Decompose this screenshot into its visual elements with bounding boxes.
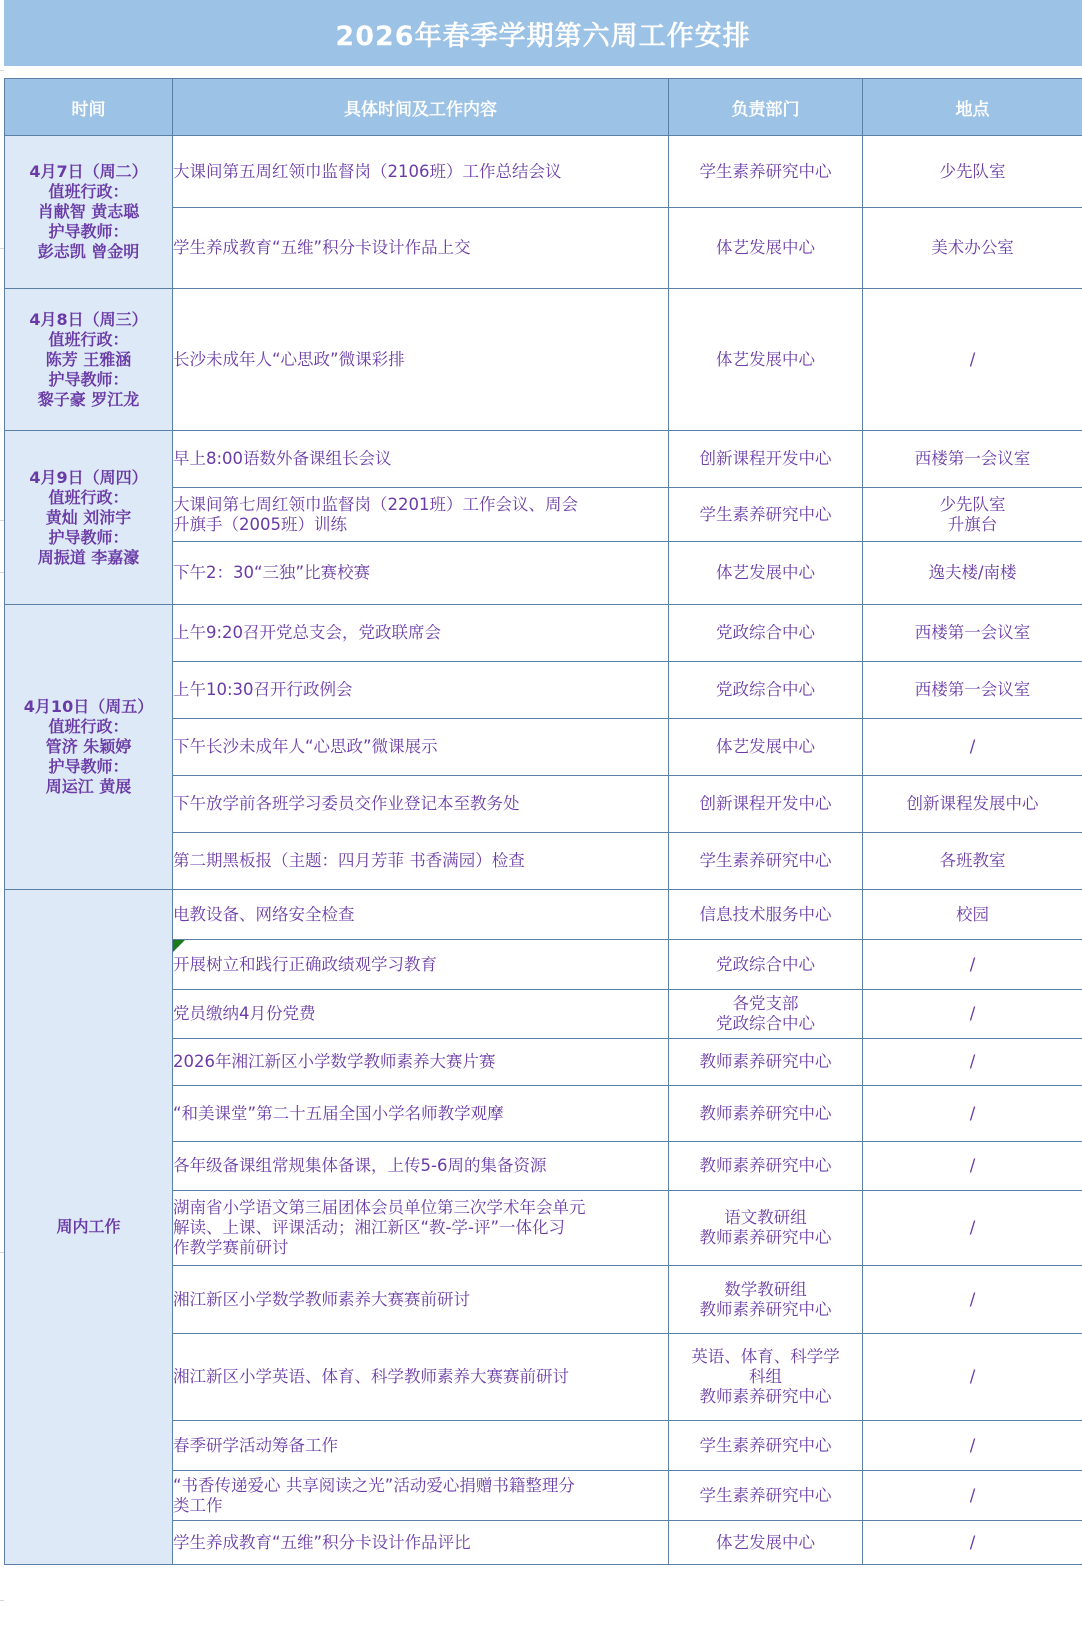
content-cell[interactable]: 下午放学前各班学习委员交作业登记本至教务处 bbox=[173, 776, 669, 833]
day-cell[interactable]: 4月8日（周三）值班行政：陈芳 王雅涵护导教师：黎子豪 罗江龙 bbox=[5, 289, 173, 431]
place-cell[interactable]: 校园 bbox=[863, 890, 1082, 940]
content-cell-text: 上午9:20召开党总支会，党政联席会 bbox=[173, 623, 668, 643]
dept-cell[interactable]: 体艺发展中心 bbox=[669, 1521, 863, 1565]
place-cell[interactable]: / bbox=[863, 940, 1082, 990]
dept-cell[interactable]: 学生素养研究中心 bbox=[669, 833, 863, 890]
dept-cell[interactable]: 学生素养研究中心 bbox=[669, 1421, 863, 1471]
dept-cell-text: 学生素养研究中心 bbox=[669, 851, 862, 871]
content-cell-text: 早上8:00语数外备课组长会议 bbox=[173, 449, 668, 469]
place-cell[interactable]: 创新课程发展中心 bbox=[863, 776, 1082, 833]
content-cell-text: 第二期黑板报（主题：四月芳菲 书香满园）检查 bbox=[173, 851, 668, 871]
dept-cell[interactable]: 学生素养研究中心 bbox=[669, 1471, 863, 1521]
place-cell[interactable]: 少先队室升旗台 bbox=[863, 488, 1082, 542]
place-cell-text: / bbox=[863, 737, 1082, 757]
dept-cell-text: 学生素养研究中心 bbox=[669, 162, 862, 182]
content-cell-text: 作教学赛前研讨 bbox=[173, 1238, 668, 1258]
place-cell-text: 升旗台 bbox=[863, 515, 1082, 535]
content-cell[interactable]: 大课间第七周红领巾监督岗（2201班）工作会议、周会升旗手（2005班）训练 bbox=[173, 488, 669, 542]
place-cell[interactable]: / bbox=[863, 1471, 1082, 1521]
place-cell-text: 西楼第一会议室 bbox=[863, 623, 1082, 643]
table-row: 4月9日（周四）值班行政：黄灿 刘沛宇护导教师：周振道 李嘉濠早上8:00语数外… bbox=[5, 431, 1082, 488]
place-cell-text: / bbox=[863, 1052, 1082, 1072]
day-duty: 肖献智 黄志聪 bbox=[5, 202, 172, 222]
place-cell-text: 美术办公室 bbox=[863, 238, 1082, 258]
place-cell[interactable]: 西楼第一会议室 bbox=[863, 662, 1082, 719]
content-cell[interactable]: 大课间第五周红领巾监督岗（2106班）工作总结会议 bbox=[173, 136, 669, 208]
content-cell-text: 电教设备、网络安全检查 bbox=[173, 905, 668, 925]
dept-cell[interactable]: 党政综合中心 bbox=[669, 662, 863, 719]
place-cell[interactable]: / bbox=[863, 1521, 1082, 1565]
day-cell[interactable]: 4月9日（周四）值班行政：黄灿 刘沛宇护导教师：周振道 李嘉濠 bbox=[5, 431, 173, 605]
place-cell-text: / bbox=[863, 1436, 1082, 1456]
content-cell[interactable]: 下午2：30“三独”比赛校赛 bbox=[173, 542, 669, 605]
table-row: 周内工作电教设备、网络安全检查信息技术服务中心校园 bbox=[5, 890, 1082, 940]
day-cell[interactable]: 4月7日（周二）值班行政：肖献智 黄志聪护导教师：彭志凯 曾金明 bbox=[5, 136, 173, 289]
dept-cell[interactable]: 各党支部党政综合中心 bbox=[669, 990, 863, 1039]
content-cell[interactable]: 开展树立和践行正确政绩观学习教育 bbox=[173, 940, 669, 990]
dept-cell-text: 数学教研组 bbox=[669, 1280, 862, 1300]
header-time: 时间 bbox=[5, 79, 173, 136]
content-cell[interactable]: 长沙未成年人“心思政”微课彩排 bbox=[173, 289, 669, 431]
content-cell[interactable]: 学生养成教育“五维”积分卡设计作品评比 bbox=[173, 1521, 669, 1565]
content-cell[interactable]: 湘江新区小学英语、体育、科学教师素养大赛赛前研讨 bbox=[173, 1334, 669, 1421]
dept-cell[interactable]: 体艺发展中心 bbox=[669, 208, 863, 289]
content-cell-text: 大课间第七周红领巾监督岗（2201班）工作会议、周会 bbox=[173, 495, 668, 515]
day-date: 4月8日（周三） bbox=[5, 310, 172, 330]
day-date: 4月9日（周四） bbox=[5, 468, 172, 488]
dept-cell-text: 各党支部 bbox=[669, 994, 862, 1014]
weekly-label-cell[interactable]: 周内工作 bbox=[5, 890, 173, 1565]
place-cell-text: 创新课程发展中心 bbox=[863, 794, 1082, 814]
place-cell[interactable]: / bbox=[863, 1039, 1082, 1086]
sheet-gridline bbox=[0, 70, 4, 71]
content-cell-text: “和美课堂”第二十五届全国小学名师教学观摩 bbox=[173, 1104, 668, 1124]
content-cell-text: 春季研学活动筹备工作 bbox=[173, 1436, 668, 1456]
dept-cell-text: 创新课程开发中心 bbox=[669, 794, 862, 814]
dept-cell[interactable]: 创新课程开发中心 bbox=[669, 776, 863, 833]
content-cell[interactable]: 上午9:20召开党总支会，党政联席会 bbox=[173, 605, 669, 662]
place-cell[interactable]: / bbox=[863, 289, 1082, 431]
place-cell[interactable]: / bbox=[863, 1334, 1082, 1421]
page-title: 2026年春季学期第六周工作安排 bbox=[4, 0, 1082, 66]
dept-cell-text: 教师素养研究中心 bbox=[669, 1228, 862, 1248]
content-cell-text: 学生养成教育“五维”积分卡设计作品上交 bbox=[173, 238, 668, 258]
dept-cell[interactable]: 党政综合中心 bbox=[669, 605, 863, 662]
day-date: 4月10日（周五） bbox=[5, 697, 172, 717]
content-cell[interactable]: 上午10:30召开行政例会 bbox=[173, 662, 669, 719]
place-cell-text: / bbox=[863, 1486, 1082, 1506]
dept-cell-text: 语文教研组 bbox=[669, 1208, 862, 1228]
dept-cell[interactable]: 英语、体育、科学学科组教师素养研究中心 bbox=[669, 1334, 863, 1421]
day-duty-label: 值班行政： bbox=[5, 182, 172, 202]
place-cell-text: / bbox=[863, 1367, 1082, 1387]
table-row: 4月7日（周二）值班行政：肖献智 黄志聪护导教师：彭志凯 曾金明大课间第五周红领… bbox=[5, 136, 1082, 208]
dept-cell[interactable]: 党政综合中心 bbox=[669, 940, 863, 990]
day-duty: 黄灿 刘沛宇 bbox=[5, 508, 172, 528]
dept-cell[interactable]: 教师素养研究中心 bbox=[669, 1086, 863, 1142]
place-cell[interactable]: / bbox=[863, 1266, 1082, 1334]
place-cell-text: / bbox=[863, 1156, 1082, 1176]
dept-cell[interactable]: 体艺发展中心 bbox=[669, 542, 863, 605]
schedule-body: 4月7日（周二）值班行政：肖献智 黄志聪护导教师：彭志凯 曾金明大课间第五周红领… bbox=[5, 136, 1082, 1565]
dept-cell[interactable]: 数学教研组教师素养研究中心 bbox=[669, 1266, 863, 1334]
place-cell-text: 西楼第一会议室 bbox=[863, 680, 1082, 700]
day-tutors: 周运江 黄展 bbox=[5, 777, 172, 797]
content-cell-text: 学生养成教育“五维”积分卡设计作品评比 bbox=[173, 1533, 668, 1553]
place-cell[interactable]: 逸夫楼/南楼 bbox=[863, 542, 1082, 605]
content-cell[interactable]: 春季研学活动筹备工作 bbox=[173, 1421, 669, 1471]
place-cell[interactable]: 西楼第一会议室 bbox=[863, 605, 1082, 662]
place-cell[interactable]: / bbox=[863, 990, 1082, 1039]
content-cell-text: 长沙未成年人“心思政”微课彩排 bbox=[173, 350, 668, 370]
dept-cell[interactable]: 创新课程开发中心 bbox=[669, 431, 863, 488]
content-cell[interactable]: 2026年湘江新区小学数学教师素养大赛片赛 bbox=[173, 1039, 669, 1086]
content-cell-text: 开展树立和践行正确政绩观学习教育 bbox=[173, 955, 668, 975]
dept-cell-text: 体艺发展中心 bbox=[669, 737, 862, 757]
table-row: 4月8日（周三）值班行政：陈芳 王雅涵护导教师：黎子豪 罗江龙长沙未成年人“心思… bbox=[5, 289, 1082, 431]
place-cell[interactable]: / bbox=[863, 1086, 1082, 1142]
dept-cell-text: 体艺发展中心 bbox=[669, 1533, 862, 1553]
day-duty-label: 值班行政： bbox=[5, 330, 172, 350]
dept-cell-text: 科组 bbox=[669, 1367, 862, 1387]
dept-cell-text: 党政综合中心 bbox=[669, 955, 862, 975]
content-cell[interactable]: 湖南省小学语文第三届团体会员单位第三次学术年会单元解读、上课、评课活动；湘江新区… bbox=[173, 1191, 669, 1266]
dept-cell[interactable]: 学生素养研究中心 bbox=[669, 136, 863, 208]
content-cell-text: 湘江新区小学数学教师素养大赛赛前研讨 bbox=[173, 1290, 668, 1310]
place-cell-text: / bbox=[863, 1533, 1082, 1553]
content-cell-text: 类工作 bbox=[173, 1496, 668, 1516]
place-cell-text: / bbox=[863, 350, 1082, 370]
dept-cell[interactable]: 体艺发展中心 bbox=[669, 719, 863, 776]
place-cell[interactable]: 美术办公室 bbox=[863, 208, 1082, 289]
content-cell[interactable]: 湘江新区小学数学教师素养大赛赛前研讨 bbox=[173, 1266, 669, 1334]
content-cell[interactable]: 早上8:00语数外备课组长会议 bbox=[173, 431, 669, 488]
content-cell-text: 各年级备课组常规集体备课，上传5-6周的集备资源 bbox=[173, 1156, 668, 1176]
place-cell[interactable]: 少先队室 bbox=[863, 136, 1082, 208]
content-cell-text: 升旗手（2005班）训练 bbox=[173, 515, 668, 535]
dept-cell-text: 教师素养研究中心 bbox=[669, 1052, 862, 1072]
place-cell[interactable]: / bbox=[863, 1142, 1082, 1191]
place-cell-text: 少先队室 bbox=[863, 162, 1082, 182]
content-cell-text: 党员缴纳4月份党费 bbox=[173, 1004, 668, 1024]
dept-cell-text: 创新课程开发中心 bbox=[669, 449, 862, 469]
content-cell[interactable]: “书香传递爱心 共享阅读之光”活动爱心捐赠书籍整理分类工作 bbox=[173, 1471, 669, 1521]
place-cell-text: / bbox=[863, 1218, 1082, 1238]
day-tutor-label: 护导教师： bbox=[5, 370, 172, 390]
dept-cell[interactable]: 信息技术服务中心 bbox=[669, 890, 863, 940]
dept-cell-text: 党政综合中心 bbox=[669, 1014, 862, 1034]
place-cell[interactable]: 各班教室 bbox=[863, 833, 1082, 890]
schedule-table: 时间 具体时间及工作内容 负责部门 地点 4月7日（周二）值班行政：肖献智 黄志… bbox=[4, 78, 1082, 1565]
header-dept: 负责部门 bbox=[669, 79, 863, 136]
comment-indicator-icon[interactable] bbox=[173, 940, 185, 952]
place-cell-text: / bbox=[863, 1004, 1082, 1024]
table-header-row: 时间 具体时间及工作内容 负责部门 地点 bbox=[5, 79, 1082, 136]
dept-cell-text: 教师素养研究中心 bbox=[669, 1104, 862, 1124]
dept-cell[interactable]: 教师素养研究中心 bbox=[669, 1039, 863, 1086]
content-cell-text: 2026年湘江新区小学数学教师素养大赛片赛 bbox=[173, 1052, 668, 1072]
day-tutor-label: 护导教师： bbox=[5, 222, 172, 242]
content-cell-text: 上午10:30召开行政例会 bbox=[173, 680, 668, 700]
dept-cell-text: 学生素养研究中心 bbox=[669, 1436, 862, 1456]
day-tutors: 周振道 李嘉濠 bbox=[5, 548, 172, 568]
day-tutor-label: 护导教师： bbox=[5, 528, 172, 548]
dept-cell[interactable]: 体艺发展中心 bbox=[669, 289, 863, 431]
place-cell-text: / bbox=[863, 1290, 1082, 1310]
day-duty: 陈芳 王雅涵 bbox=[5, 350, 172, 370]
content-cell-text: 下午长沙未成年人“心思政”微课展示 bbox=[173, 737, 668, 757]
dept-cell-text: 教师素养研究中心 bbox=[669, 1300, 862, 1320]
content-cell-text: 下午2：30“三独”比赛校赛 bbox=[173, 563, 668, 583]
place-cell[interactable]: / bbox=[863, 1191, 1082, 1266]
content-cell[interactable]: 下午长沙未成年人“心思政”微课展示 bbox=[173, 719, 669, 776]
place-cell[interactable]: / bbox=[863, 719, 1082, 776]
dept-cell[interactable]: 学生素养研究中心 bbox=[669, 488, 863, 542]
content-cell[interactable]: 电教设备、网络安全检查 bbox=[173, 890, 669, 940]
content-cell-text: 湘江新区小学英语、体育、科学教师素养大赛赛前研讨 bbox=[173, 1367, 668, 1387]
day-tutors: 彭志凯 曾金明 bbox=[5, 242, 172, 262]
content-cell-text: 大课间第五周红领巾监督岗（2106班）工作总结会议 bbox=[173, 162, 668, 182]
dept-cell-text: 党政综合中心 bbox=[669, 680, 862, 700]
day-duty-label: 值班行政： bbox=[5, 717, 172, 737]
content-cell[interactable]: 学生养成教育“五维”积分卡设计作品上交 bbox=[173, 208, 669, 289]
place-cell-text: / bbox=[863, 955, 1082, 975]
dept-cell-text: 学生素养研究中心 bbox=[669, 1486, 862, 1506]
content-cell[interactable]: 党员缴纳4月份党费 bbox=[173, 990, 669, 1039]
content-cell-text: 解读、上课、评课活动；湘江新区“教-学-评”一体化习 bbox=[173, 1218, 668, 1238]
dept-cell-text: 学生素养研究中心 bbox=[669, 505, 862, 525]
dept-cell-text: 英语、体育、科学学 bbox=[669, 1347, 862, 1367]
content-cell[interactable]: 第二期黑板报（主题：四月芳菲 书香满园）检查 bbox=[173, 833, 669, 890]
dept-cell-text: 体艺发展中心 bbox=[669, 350, 862, 370]
place-cell-text: 少先队室 bbox=[863, 495, 1082, 515]
day-tutor-label: 护导教师： bbox=[5, 757, 172, 777]
day-duty-label: 值班行政： bbox=[5, 488, 172, 508]
day-cell[interactable]: 4月10日（周五）值班行政：管济 朱颖婷护导教师：周运江 黄展 bbox=[5, 605, 173, 890]
dept-cell-text: 信息技术服务中心 bbox=[669, 905, 862, 925]
place-cell-text: 逸夫楼/南楼 bbox=[863, 563, 1082, 583]
content-cell[interactable]: 各年级备课组常规集体备课，上传5-6周的集备资源 bbox=[173, 1142, 669, 1191]
content-cell-text: 湖南省小学语文第三届团体会员单位第三次学术年会单元 bbox=[173, 1198, 668, 1218]
content-cell[interactable]: “和美课堂”第二十五届全国小学名师教学观摩 bbox=[173, 1086, 669, 1142]
dept-cell-text: 教师素养研究中心 bbox=[669, 1156, 862, 1176]
day-tutors: 黎子豪 罗江龙 bbox=[5, 390, 172, 410]
place-cell-text: 各班教室 bbox=[863, 851, 1082, 871]
dept-cell-text: 体艺发展中心 bbox=[669, 563, 862, 583]
place-cell-text: / bbox=[863, 1104, 1082, 1124]
place-cell[interactable]: 西楼第一会议室 bbox=[863, 431, 1082, 488]
day-date: 4月7日（周二） bbox=[5, 162, 172, 182]
header-place: 地点 bbox=[863, 79, 1082, 136]
content-cell-text: “书香传递爱心 共享阅读之光”活动爱心捐赠书籍整理分 bbox=[173, 1476, 668, 1496]
table-row: 4月10日（周五）值班行政：管济 朱颖婷护导教师：周运江 黄展上午9:20召开党… bbox=[5, 605, 1082, 662]
header-content: 具体时间及工作内容 bbox=[173, 79, 669, 136]
dept-cell[interactable]: 语文教研组教师素养研究中心 bbox=[669, 1191, 863, 1266]
place-cell[interactable]: / bbox=[863, 1421, 1082, 1471]
content-cell-text: 下午放学前各班学习委员交作业登记本至教务处 bbox=[173, 794, 668, 814]
day-duty: 管济 朱颖婷 bbox=[5, 737, 172, 757]
place-cell-text: 西楼第一会议室 bbox=[863, 449, 1082, 469]
dept-cell-text: 教师素养研究中心 bbox=[669, 1387, 862, 1407]
dept-cell[interactable]: 教师素养研究中心 bbox=[669, 1142, 863, 1191]
dept-cell-text: 体艺发展中心 bbox=[669, 238, 862, 258]
dept-cell-text: 党政综合中心 bbox=[669, 623, 862, 643]
place-cell-text: 校园 bbox=[863, 905, 1082, 925]
sheet-gridline bbox=[0, 1600, 4, 1601]
